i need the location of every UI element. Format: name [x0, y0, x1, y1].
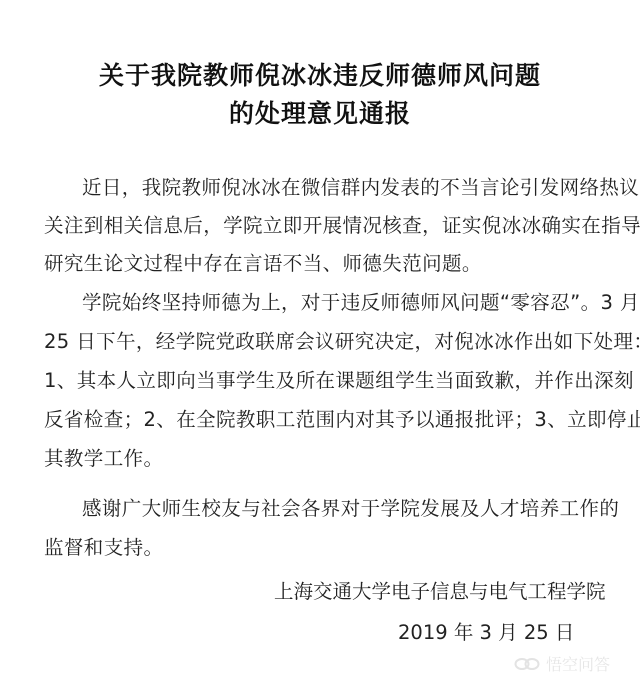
paragraph-2-line-2: 25 日下午，经学院党政联席会议研究决定，对倪冰冰作出如下处理： — [44, 330, 640, 354]
paragraph-1-line-2: 关注到相关信息后，学院立即开展情况核查，证实倪冰冰确实在指导 — [44, 214, 640, 238]
watermark-text: 悟空问答 — [546, 652, 610, 675]
paragraph-1-line-1: 近日，我院教师倪冰冰在微信群内发表的不当言论引发网络热议。 — [82, 176, 640, 200]
document-title-line-2: 的处理意见通报 — [0, 94, 640, 130]
document-title-line-1: 关于我院教师倪冰冰违反师德师风问题 — [0, 56, 640, 92]
notice-document: 关于我院教师倪冰冰违反师德师风问题 的处理意见通报 近日，我院教师倪冰冰在微信群… — [0, 0, 640, 683]
paragraph-3-line-1: 感谢广大师生校友与社会各界对于学院发展及人才培养工作的 — [82, 497, 619, 521]
signature-date: 2019 年 3 月 25 日 — [398, 621, 574, 645]
paragraph-1-line-3: 研究生论文过程中存在言语不当、师德失范问题。 — [44, 252, 482, 276]
paragraph-2-line-4: 反省检查；2、在全院教职工范围内对其予以通报批评；3、立即停止 — [44, 408, 640, 432]
paragraph-3-line-2: 监督和支持。 — [44, 536, 163, 560]
paragraph-2-line-1: 学院始终坚持师德为上，对于违反师德师风问题“零容忍”。3 月 — [82, 291, 640, 315]
watermark: 悟空问答 — [514, 652, 610, 675]
wukong-logo-icon — [514, 656, 540, 672]
paragraph-2-line-3: 1、其本人立即向当事学生及所在课题组学生当面致歉，并作出深刻 — [44, 369, 634, 393]
paragraph-2-line-5: 其教学工作。 — [44, 447, 163, 471]
signature-organization: 上海交通大学电子信息与电气工程学院 — [274, 580, 606, 604]
